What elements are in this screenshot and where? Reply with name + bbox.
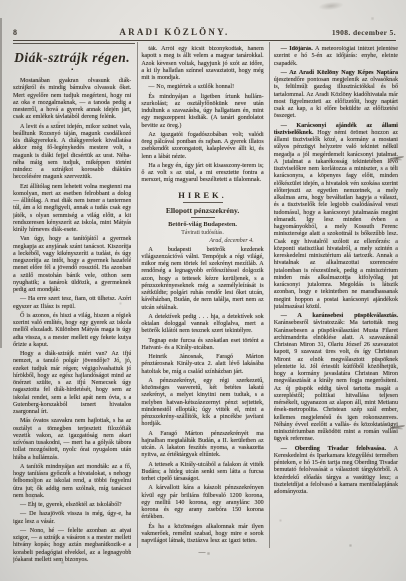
news-article-title: Ellopott pénzszekrény. — [141, 206, 263, 215]
paragraph: A kárvallott kára a kászolt pénzszekrény… — [141, 485, 263, 521]
newspaper-page: 8 ARADI KÖZLÖNY. 1908. december 5. Diák-… — [0, 0, 406, 581]
news-item-text: Karánsebesről táviratozzák: Ma tartották… — [274, 320, 398, 442]
paragraph: Ezt állítólag nem lehetett volna megtenn… — [13, 184, 131, 235]
news-items-list: — Időjárás. A meteorológiai intézet jele… — [274, 46, 398, 496]
paragraph: A levit és a szüret idején, mikor szünet… — [13, 124, 131, 182]
paragraph: Hogy a diák-sztrájk miért van? Az ifjú n… — [13, 351, 131, 416]
news-item: — Időjárás. A meteorológiai intézet jele… — [274, 46, 398, 68]
article-headline: Diák-sztrájk régen. — [13, 50, 131, 65]
news-article-text: A budapesti betörők kezdenek világszenzá… — [141, 247, 263, 546]
title-rule — [191, 217, 215, 218]
news-item: — Karácsonyi ajándék az állami tisztvise… — [274, 123, 398, 312]
news-item: — Oberding Tivadar felolvasása. A Keresk… — [274, 446, 398, 497]
header-rule — [13, 43, 135, 44]
paragraph: — Ha erre szert tesz, fiam, ott ülhetsz.… — [13, 296, 131, 311]
article-end-mark: — — [141, 548, 263, 556]
paragraph: — Nono, hé — felelte azonban az atyai sz… — [13, 528, 131, 563]
right-column: — Időjárás. A meteorológiai intézet jele… — [274, 46, 398, 563]
news-item-lead: — Az Aradi Közlöny Nagy Képes Naptára — [281, 70, 398, 76]
paragraph: A tanítók mindnyájan azt mondták: az a f… — [13, 464, 131, 500]
news-item: — Az Aradi Közlöny Nagy Képes Naptára új… — [274, 70, 398, 121]
news-subtitle-small: Távirati tudósítás. — [141, 230, 263, 236]
section-title: HIREK. — [141, 190, 263, 200]
paragraph: Más óvatos szavakra nem hajlottak, s ha … — [13, 418, 131, 462]
news-item: — A karánsebesi püspökválasztás. Karánse… — [274, 313, 398, 444]
paragraph: — De hazajövök vissza is még, úgy-e, ha … — [13, 511, 131, 526]
page-header: 8 ARADI KÖZLÖNY. 1908. december 5. — [13, 27, 396, 41]
news-item-lead: — Időjárás. — [281, 46, 313, 52]
news-item-lead: — Oberding Tivadar felolvasása. — [281, 446, 386, 452]
news-item-text: Hogy némi örömet hozzon az állami tisztv… — [274, 130, 398, 310]
paragraph: Ha a hegy én, úgy járt ott kisasszony-te… — [141, 163, 263, 185]
page-number: 8 — [13, 28, 17, 37]
news-section-header: HIREK. Ellopott pénzszekrény. Betörő-vil… — [141, 190, 263, 236]
dateline: Arad, december 4. — [141, 238, 263, 244]
paragraph: Tegnap este furcsa és szokatlan eset tör… — [141, 338, 263, 353]
left-column: Diák-sztrájk régen. ▪ Mostanában gyakran… — [13, 46, 131, 563]
news-item-text: újesztendőre pontosan megjelenik az olva… — [274, 77, 398, 119]
paragraph: A tettesek a Király-utcából a falakon át… — [141, 462, 263, 484]
paragraph: Van úgy, hogy a tanítójától a gyermek me… — [13, 236, 131, 294]
ink-smudge — [318, 1, 345, 12]
article-continuation-text: ták. Arról egy kicsit bizonykodtak, hane… — [141, 46, 263, 185]
news-subtitle: Betörő-világ Budapesten. — [141, 221, 263, 228]
paragraph: Ő is azonos, és hiszi a világ, hiszen a … — [13, 313, 131, 349]
news-item-lead: — A karánsebesi püspökválasztás. — [281, 313, 398, 319]
paragraph: És ha a közönséges alkalomnak már ilyen … — [141, 524, 263, 546]
paragraph: Az igazgatói fogadószobában volt; valódi… — [141, 132, 263, 161]
paragraph: A pénzszekrényt, egy régi szerkezetű, kö… — [141, 378, 263, 429]
ornament-square: ▪ — [13, 66, 131, 75]
paragraph: A budapesti betörők kezdenek világszenzá… — [141, 247, 263, 312]
scan-edge-artifact — [0, 18, 2, 348]
news-item-text: A Kereskedelmi és Iparkamara közgyűlési … — [274, 446, 398, 496]
middle-column: ták. Arról egy kicsit bizonykodtak, hane… — [141, 46, 263, 563]
paragraph: A Faragó Márton pénzszekrényét ma hajnal… — [141, 431, 263, 460]
section-rule — [183, 202, 223, 203]
paper-speckles — [0, 0, 1, 1]
edition-date: 1908. december 5. — [332, 28, 396, 37]
left-column-text: Mostanában gyakran olvasunk diák-sztrájk… — [13, 78, 131, 563]
paragraph: És mindnyájan a ligetben írtunk hullám-s… — [141, 94, 263, 130]
paragraph: ták. Arról egy kicsit bizonykodtak, hane… — [141, 46, 263, 82]
paragraph: A detektívek pedig . . . hja, a detektív… — [141, 314, 263, 336]
paragraph: — Ehj te, gyerek, elszöktél az iskolából… — [13, 502, 131, 509]
paragraph: — No, megtértek a szülők honnal! — [141, 84, 263, 91]
paragraph: Heinrik Jánosnak, Faragó Márton pénztáro… — [141, 354, 263, 376]
columns-container: Diák-sztrájk régen. ▪ Mostanában gyakran… — [13, 46, 398, 563]
masthead-title: ARADI KÖZLÖNY. — [119, 27, 229, 37]
paragraph: Mostanában gyakran olvasunk diák-sztrájk… — [13, 78, 131, 122]
